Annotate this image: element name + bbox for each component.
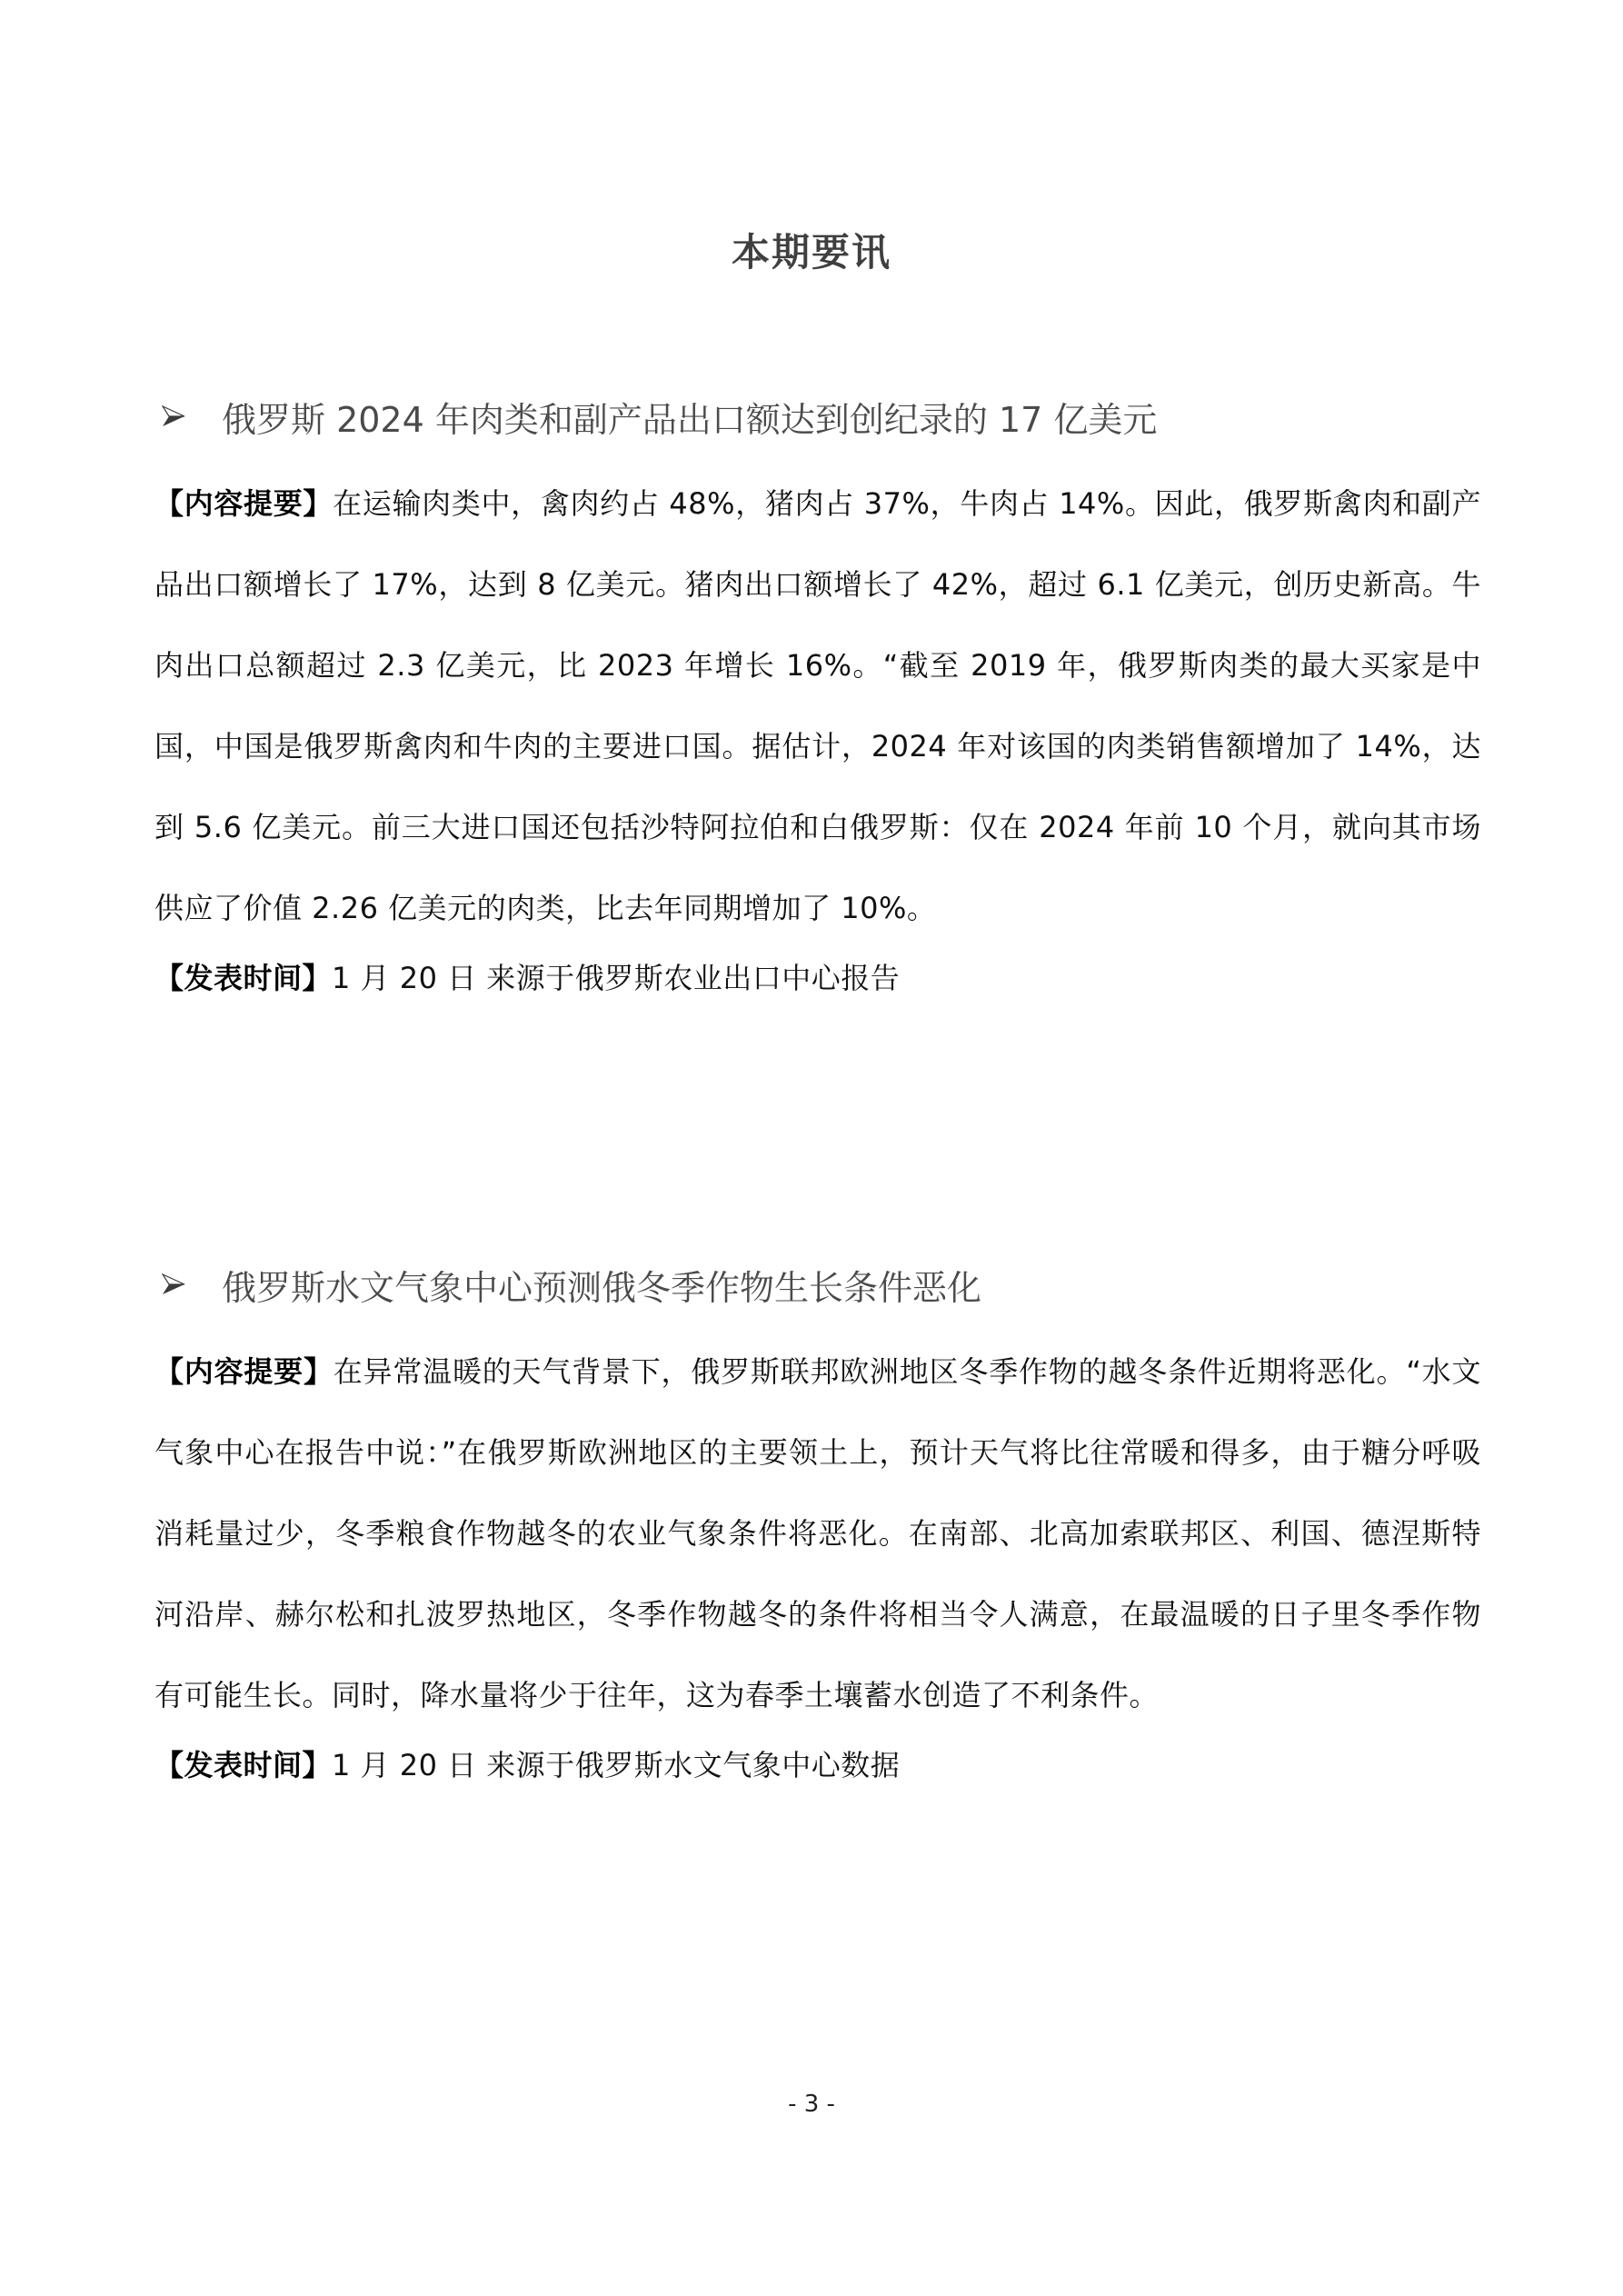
summary-text: 在异常温暖的天气背景下，俄罗斯联邦欧洲地区冬季作物的越冬条件近期将恶化。“水文气… <box>154 1354 1481 1712</box>
page-number: - 3 - <box>0 2091 1623 2118</box>
arrow-bullet-icon <box>162 404 185 428</box>
summary-text: 在运输肉类中，禽肉约占 48%，猪肉占 37%，牛肉占 14%。因此，俄罗斯禽肉… <box>154 486 1481 925</box>
publication-info: 【发表时间】1 月 20 日 来源于俄罗斯农业出口中心报告 <box>154 951 1481 1005</box>
pub-label: 【发表时间】 <box>154 1748 332 1782</box>
article-heading: 俄罗斯水文气象中心预测俄冬季作物生长条件恶化 <box>154 1257 1481 1312</box>
summary-label: 【内容提要】 <box>154 486 333 521</box>
article-winter-crops: 俄罗斯水文气象中心预测俄冬季作物生长条件恶化 【内容提要】在异常温暖的天气背景下… <box>154 1257 1481 1792</box>
article-heading: 俄罗斯 2024 年肉类和副产品出口额达到创纪录的 17 亿美元 <box>154 389 1481 444</box>
article-summary: 【内容提要】在运输肉类中，禽肉约占 48%，猪肉占 37%，牛肉占 14%。因此… <box>154 464 1481 949</box>
pub-label: 【发表时间】 <box>154 961 332 995</box>
article-meat-exports: 俄罗斯 2024 年肉类和副产品出口额达到创纪录的 17 亿美元 【内容提要】在… <box>154 389 1481 1005</box>
summary-label: 【内容提要】 <box>154 1354 334 1389</box>
page-title: 本期要讯 <box>0 223 1623 277</box>
arrow-bullet-icon <box>162 1273 185 1296</box>
publication-info: 【发表时间】1 月 20 日 来源于俄罗斯水文气象中心数据 <box>154 1738 1481 1792</box>
article-heading-text: 俄罗斯水文气象中心预测俄冬季作物生长条件恶化 <box>222 1260 981 1310</box>
article-heading-text: 俄罗斯 2024 年肉类和副产品出口额达到创纪录的 17 亿美元 <box>222 392 1157 442</box>
pub-text: 1 月 20 日 来源于俄罗斯水文气象中心数据 <box>332 1748 900 1782</box>
pub-text: 1 月 20 日 来源于俄罗斯农业出口中心报告 <box>332 961 900 995</box>
article-summary: 【内容提要】在异常温暖的天气背景下，俄罗斯联邦欧洲地区冬季作物的越冬条件近期将恶… <box>154 1332 1481 1736</box>
